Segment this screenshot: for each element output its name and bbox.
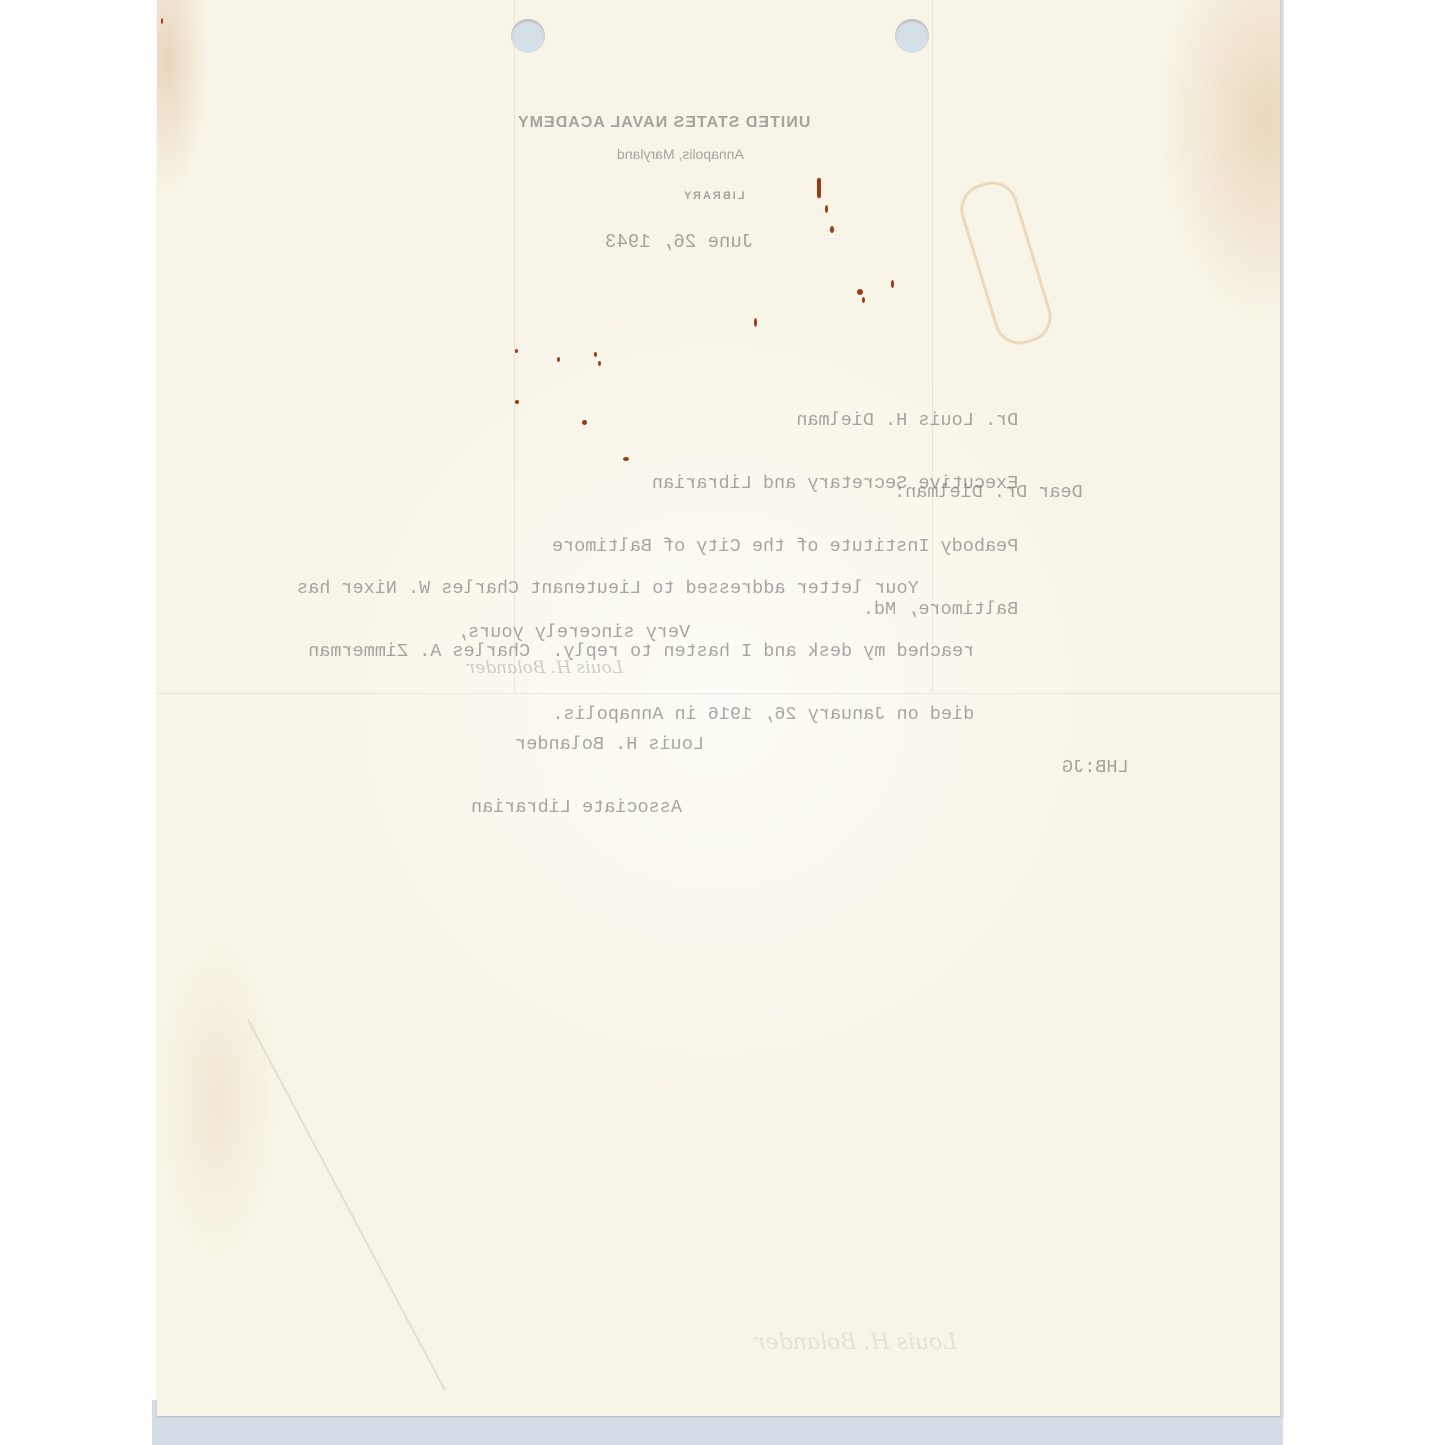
rust-spot xyxy=(515,349,518,353)
rust-spot xyxy=(754,318,757,327)
rust-spot xyxy=(594,352,597,357)
rust-spot xyxy=(830,226,834,233)
handwritten-signature: Louis H. Bolander xyxy=(467,658,623,678)
rust-spot xyxy=(817,178,821,198)
body-line: reached my desk and I hasten to reply. C… xyxy=(297,641,974,662)
rust-spot xyxy=(161,18,163,24)
letter-page: UNITED STATES NAVAL ACADEMY Annapolis, M… xyxy=(157,0,1280,1416)
salutation: Dear Dr. Dielman: xyxy=(894,482,1083,503)
paperclip-rust-stain xyxy=(954,175,1058,351)
letterhead-location: Annapolis, Maryland xyxy=(617,146,744,162)
punch-hole-right xyxy=(895,19,929,53)
body-line: Your letter addressed to Lieutenant Char… xyxy=(297,578,974,599)
rust-spot xyxy=(862,297,865,303)
letterhead-department: LIBRARY xyxy=(682,190,744,202)
recipient-line: Dr. Louis H. Dielman xyxy=(552,410,1018,431)
closing: Very sincerely yours, xyxy=(457,622,690,643)
rust-spot xyxy=(857,289,863,295)
punch-hole-left xyxy=(511,19,545,53)
rust-spot xyxy=(825,205,828,213)
signer-name: Louis H. Bolander xyxy=(471,734,704,755)
reference-initials: LHB:JG xyxy=(1062,757,1129,778)
letterhead-institution: UNITED STATES NAVAL ACADEMY xyxy=(517,114,810,132)
faint-offset-signature: Louis H. Bolander xyxy=(677,1330,957,1352)
letter-date: June 26, 1943 xyxy=(605,231,753,253)
rust-spot xyxy=(891,280,894,288)
signature-block: Louis H. Bolander Associate Librarian xyxy=(471,692,704,860)
rust-spot xyxy=(515,400,519,404)
rust-spot xyxy=(557,357,560,362)
signer-title: Associate Librarian xyxy=(471,797,704,818)
diagonal-crease xyxy=(247,1019,446,1391)
rust-spot xyxy=(598,361,601,366)
